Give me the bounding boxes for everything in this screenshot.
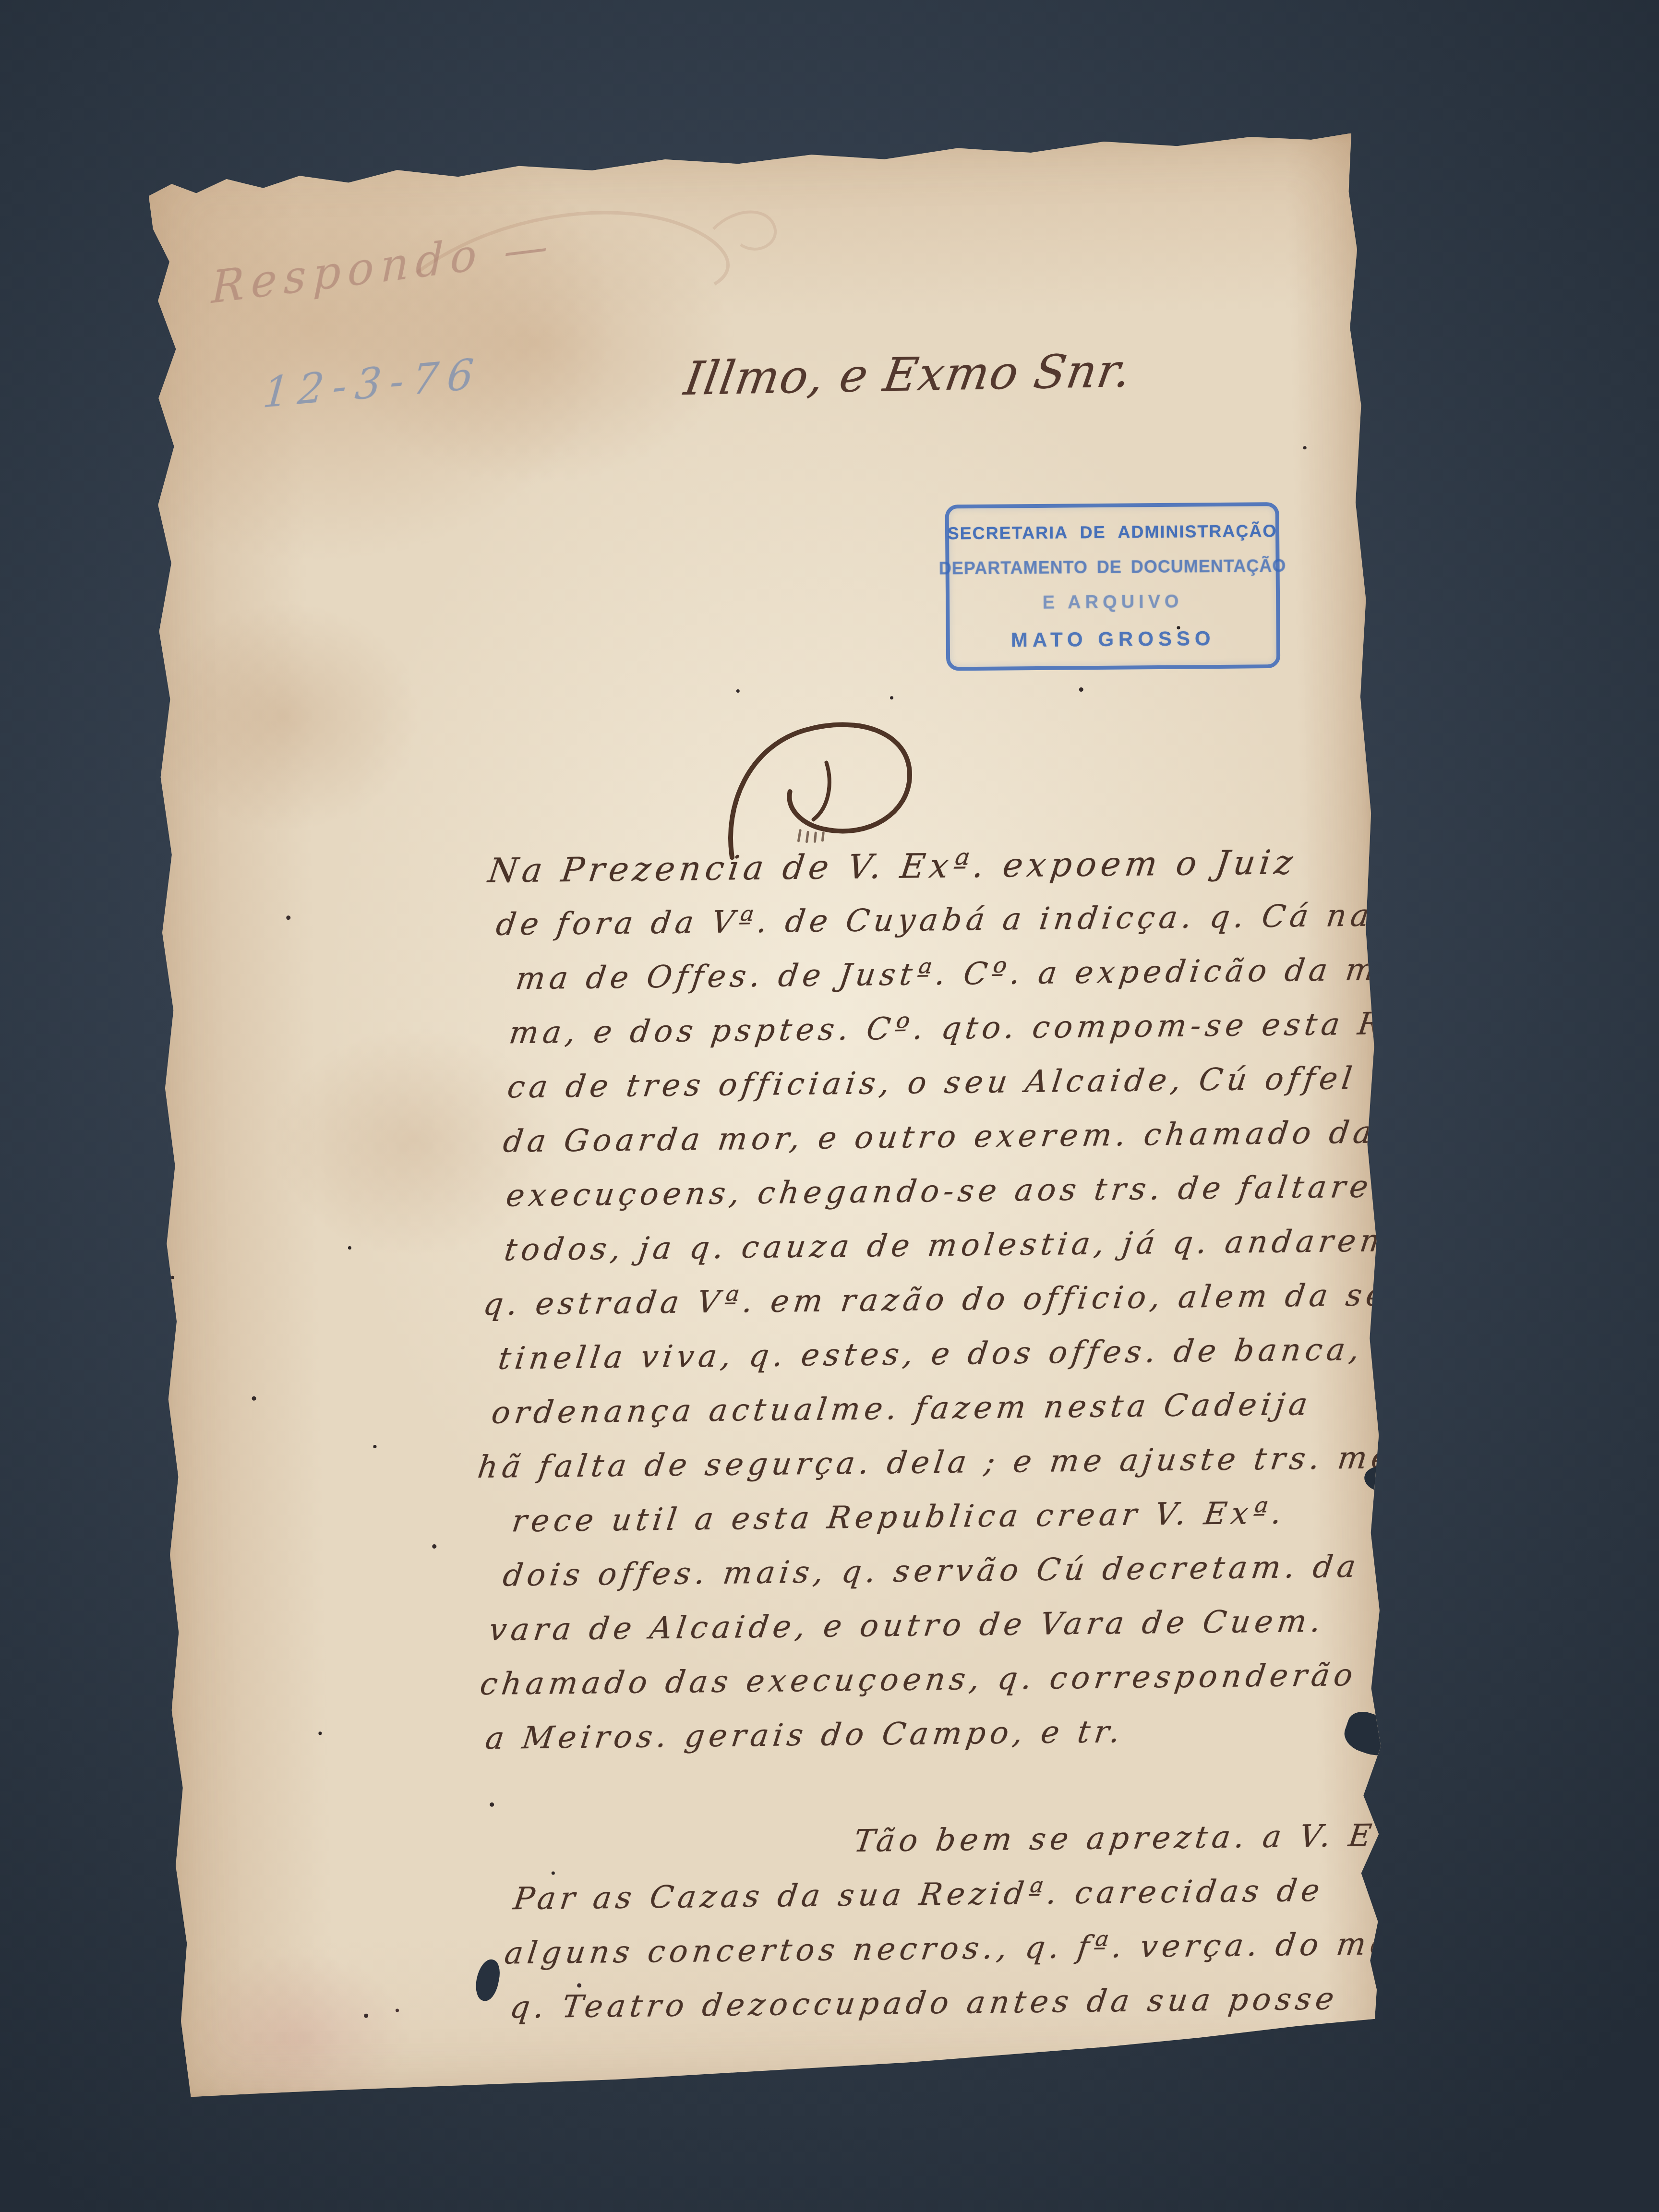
manuscript-line: execuçoens, chegando-se aos trs. de falt… <box>503 1159 1455 1224</box>
manuscript-line: a Meiros. gerais do Campo, e tr. <box>482 1702 1461 1766</box>
manuscript-line: Tão bem se aprezta. a V. Exª. q. <box>851 1808 1463 1869</box>
manuscript-line: alguns concertos necros., q. fª. verça. … <box>501 1917 1464 1981</box>
letter-body: Na Prezencia de V. Exª. expoem o Juiz de… <box>488 834 1458 1766</box>
manuscript-line: todos, ja q. cauza de molestia, já q. an… <box>501 1214 1456 1278</box>
archive-stamp: SECRETARIA DE ADMINISTRAÇÃO DEPARTAMENTO… <box>945 502 1281 671</box>
manuscript-line: dois offes. mais, q. servão Cú decretam.… <box>500 1539 1460 1603</box>
manuscript-line: ordenança actualme. fazem nesta Cadeija <box>488 1376 1458 1441</box>
ink-specks <box>736 689 740 693</box>
manuscript-line: ma de Offes. de Justª. Cº. a expedicão d… <box>513 942 1454 1007</box>
manuscript-line: Par as Cazas da sua Rezidª. carecidas de <box>510 1863 1463 1927</box>
manuscript-line: rece util a esta Republica crear V. Exª. <box>509 1485 1459 1549</box>
manuscript-line: tinella viva, q. estes, e dos offes. de … <box>495 1322 1457 1386</box>
manuscript-line: q. estrada Vª. em razão do officio, alem… <box>480 1268 1457 1332</box>
manuscript-line: da Goarda mor, e outro exerem. chamado d… <box>500 1105 1455 1169</box>
letter-body-paragraph-2: Tão bem se aprezta. a V. Exª. q. Par as … <box>508 1808 1461 2035</box>
manuscript-line: chamado das execuçoens, q. corresponderã… <box>477 1647 1461 1712</box>
manuscript-line: ca de tres officiais, o seu Alcaide, Cú … <box>504 1051 1455 1115</box>
manuscript-line: hã falta de segurça. dela ; e me ajuste … <box>474 1431 1458 1495</box>
manuscript-line: ma, e dos psptes. Cº. qto. compom-se est… <box>506 997 1454 1061</box>
pencil-date-annotation: 12-3-76 <box>261 344 552 418</box>
manuscript-line: q. Teatro dezoccupado antes da sua posse <box>506 1971 1464 2035</box>
manuscript-line: de fora da Vª. de Cuyabá a indicça. q. C… <box>493 888 1453 952</box>
stamp-line-mato-grosso: MATO GROSSO <box>1011 627 1215 651</box>
manuscript-page: Respondo — 12-3-76 Illmo, e Exmo Snr. SE… <box>141 133 1395 2099</box>
paper-hole <box>473 1957 503 2003</box>
salutation-line: Illmo, e Exmo Snr. <box>664 343 1153 406</box>
stamp-line-secretaria: SECRETARIA DE ADMINISTRAÇÃO <box>948 521 1277 543</box>
manuscript-line: vara de Alcaide, e outro de Vara de Cuem… <box>486 1593 1460 1658</box>
stamp-line-arquivo: E ARQUIVO <box>1043 592 1183 613</box>
stamp-line-departamento: DEPARTAMENTO DE DOCUMENTAÇÃO <box>939 556 1286 579</box>
manuscript-line: Na Prezencia de V. Exª. expoem o Juiz <box>485 834 1452 898</box>
photo-background: Respondo — 12-3-76 Illmo, e Exmo Snr. SE… <box>0 0 1659 2212</box>
torn-notch <box>1357 2016 1411 2057</box>
